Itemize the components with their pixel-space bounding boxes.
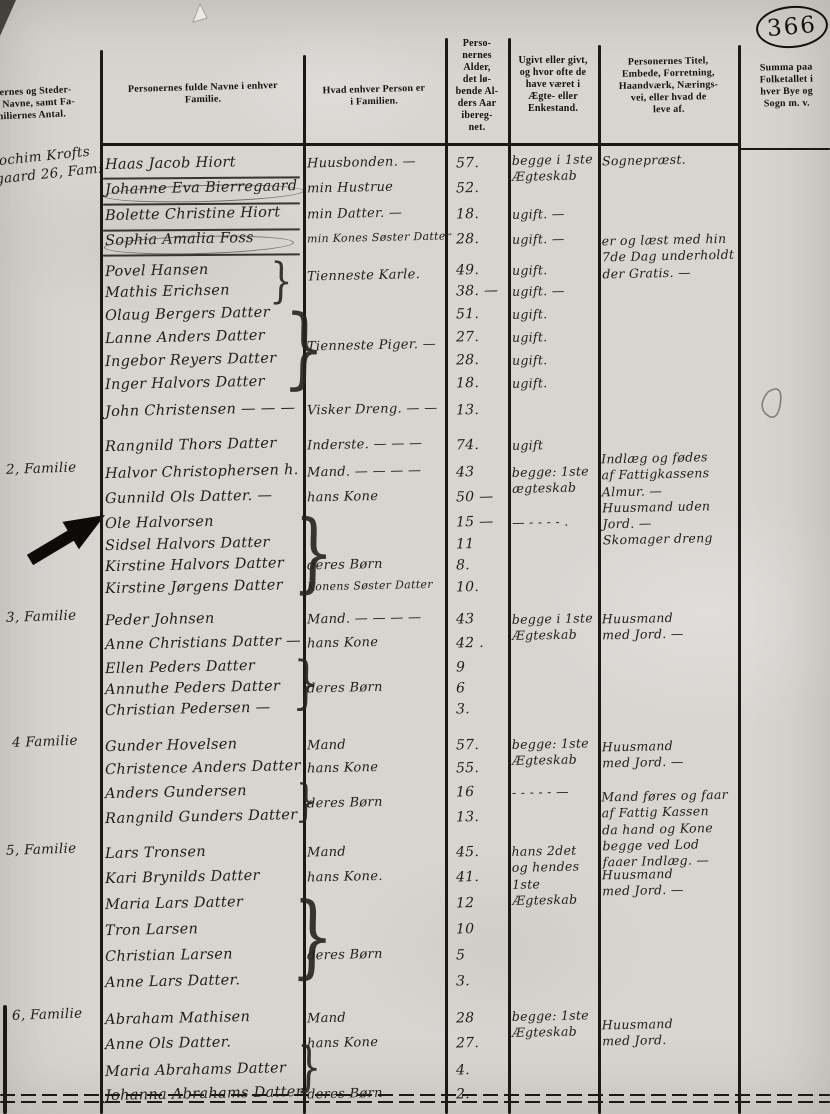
person-status-cell: ugift. [512, 374, 598, 391]
person-age-cell: 74. [456, 436, 504, 453]
column-header-col3: Hvad enhver Person er i Familien. [294, 82, 455, 110]
column-header-col4: Perso- nernes Alder, det lø- bende Al- d… [442, 38, 512, 134]
person-age-cell: 43 [456, 463, 504, 480]
occupation-note: Huusmand med Jord. [602, 1015, 739, 1050]
group-role-label: deres Børn [307, 794, 445, 814]
grouping-brace: } [290, 887, 336, 987]
marital-status-note: begge: 1ste ægteskab [512, 463, 601, 497]
occupation-note: Sognepræst. [602, 151, 738, 170]
person-age-cell: 4. [456, 1061, 504, 1078]
person-age-cell: 12 [456, 894, 504, 911]
row-rule-line [740, 148, 830, 150]
person-role-cell: hans Kone [307, 1034, 445, 1052]
person-age-cell: 27. [456, 328, 504, 345]
person-age-cell: 3. [456, 972, 504, 989]
column-header-col6: Personernes Titel, Embede, Forretning, H… [595, 55, 741, 118]
person-age-cell: 28. [456, 351, 504, 368]
person-status-cell: — - - - - . [512, 513, 598, 530]
person-role-cell: Mand [307, 843, 445, 861]
person-age-cell: 55. [456, 759, 504, 776]
person-role-cell: hans Kone. [307, 868, 445, 886]
person-age-cell: 10 [456, 920, 504, 937]
person-age-cell: 28. [456, 230, 504, 247]
person-age-cell: 49. [456, 261, 504, 278]
person-role-cell: min Hustrue [307, 179, 445, 197]
person-age-cell: 10. [456, 578, 504, 595]
row-rule-line [100, 143, 740, 146]
column-rule-line [508, 38, 511, 1114]
person-role-cell: Huusbonden. — [307, 154, 445, 172]
column-rule-line [598, 45, 601, 1114]
person-age-cell: 2. [456, 1085, 504, 1102]
person-status-cell: - - - - - — [512, 783, 598, 800]
column-rule-line [738, 45, 741, 1114]
person-age-cell: 15 — [456, 513, 504, 530]
person-age-cell: 52. [456, 179, 504, 196]
person-age-cell: 11 [456, 535, 504, 552]
person-status-cell: ugift. [512, 351, 598, 368]
grouping-brace: } [292, 651, 321, 714]
person-age-cell: 51. [456, 305, 504, 322]
marital-status-note: begge: 1ste Ægteskab [512, 735, 601, 769]
paper-blemish-triangle [193, 4, 207, 22]
corner-shadow [0, 0, 16, 36]
person-age-cell: 13. [456, 401, 504, 418]
person-role-cell: Mand [307, 1009, 445, 1027]
person-status-cell: ugift. — [512, 205, 598, 222]
person-role-cell: Inderste. — — — [307, 436, 445, 454]
person-age-cell: 45. [456, 843, 504, 860]
column-header-col1: Byernes og Steder- nes Navne, samt Fa- m… [0, 83, 111, 126]
person-role-cell: Mand. — — — — [307, 610, 445, 628]
grouping-brace: } [295, 1037, 322, 1096]
occupation-note: er og læst med hin 7de Dag underholdt de… [602, 231, 739, 283]
occupation-note: Huusmand med Jord. — [602, 737, 739, 772]
marital-status-note: begge i 1ste Ægteskab [512, 610, 601, 644]
person-status-cell: ugift. [512, 261, 598, 278]
column-rule-line [445, 38, 448, 1114]
person-age-cell: 13. [456, 808, 504, 825]
marital-status-note: hans 2det og hendes 1ste Ægteskab [511, 842, 600, 909]
group-role-label: Tienneste Karle. [307, 267, 445, 287]
person-age-cell: 27. [456, 1034, 504, 1051]
person-role-cell: Mand. — — — — [307, 463, 445, 481]
person-age-cell: 28 [456, 1009, 504, 1026]
person-status-cell: ugift. — [512, 230, 598, 247]
person-age-cell: 8. [456, 556, 504, 573]
person-age-cell: 50 — [456, 488, 504, 505]
person-status-cell: ugift. [512, 305, 598, 322]
person-age-cell: 3. [456, 700, 504, 717]
person-status-cell: ugift [512, 436, 598, 453]
person-age-cell: 9 [456, 658, 504, 675]
person-age-cell: 42 . [456, 634, 504, 651]
pointer-arrow-shape [27, 515, 105, 565]
person-age-cell: 57. [456, 736, 504, 753]
occupation-note: Indlæg og fødes af Fattigkassens Almur. … [601, 449, 739, 549]
person-role-cell: min Datter. — [307, 205, 445, 223]
person-role-cell: deres Børn [307, 1085, 445, 1103]
occupation-note: Huusmand med Jord. — [602, 609, 739, 644]
group-role-label: Tienneste Piger. — [307, 337, 445, 357]
grouping-brace: } [295, 778, 317, 827]
column-header-col5: Ugivt eller givt, og hvor ofte de have v… [503, 55, 603, 115]
person-age-cell: 41. [456, 868, 504, 885]
person-age-cell: 18. [456, 374, 504, 391]
person-status-cell: ugift. [512, 328, 598, 345]
person-age-cell: 43 [456, 610, 504, 627]
person-role-cell: Mand [307, 736, 445, 754]
person-age-cell: 18. [456, 205, 504, 222]
census-page-scan: 366 Byernes og Steder- nes Navne, samt F… [0, 0, 830, 1114]
person-role-cell: hans Kone [307, 634, 445, 652]
person-age-cell: 57. [456, 154, 504, 171]
grouping-brace: } [282, 299, 327, 397]
person-age-cell: 5 [456, 946, 504, 963]
person-role-cell: hans Kone [307, 759, 445, 777]
person-age-cell: 6 [456, 679, 504, 696]
person-status-cell: ugift. — [512, 282, 598, 299]
column-rule-line [3, 1005, 7, 1114]
occupation-note: Huusmand med Jord. — [602, 865, 739, 900]
ink-smudge [762, 389, 781, 417]
column-header-col7: Summa paa Folketallet i hver Bye og Sogn… [733, 61, 830, 111]
person-age-cell: 38. — [456, 282, 504, 299]
person-role-cell: Visker Dreng. — — [307, 401, 445, 419]
column-rule-line [100, 50, 103, 1114]
marital-status-note: begge: 1ste Ægteskab [512, 1007, 601, 1041]
grouping-brace: } [292, 505, 336, 601]
marital-status-note: begge i 1ste Ægteskab [512, 151, 601, 185]
person-role-cell: deres Børn [307, 679, 445, 697]
person-age-cell: 16 [456, 783, 504, 800]
occupation-note: Mand føres og faar af Fattig Kassen da h… [601, 787, 739, 871]
